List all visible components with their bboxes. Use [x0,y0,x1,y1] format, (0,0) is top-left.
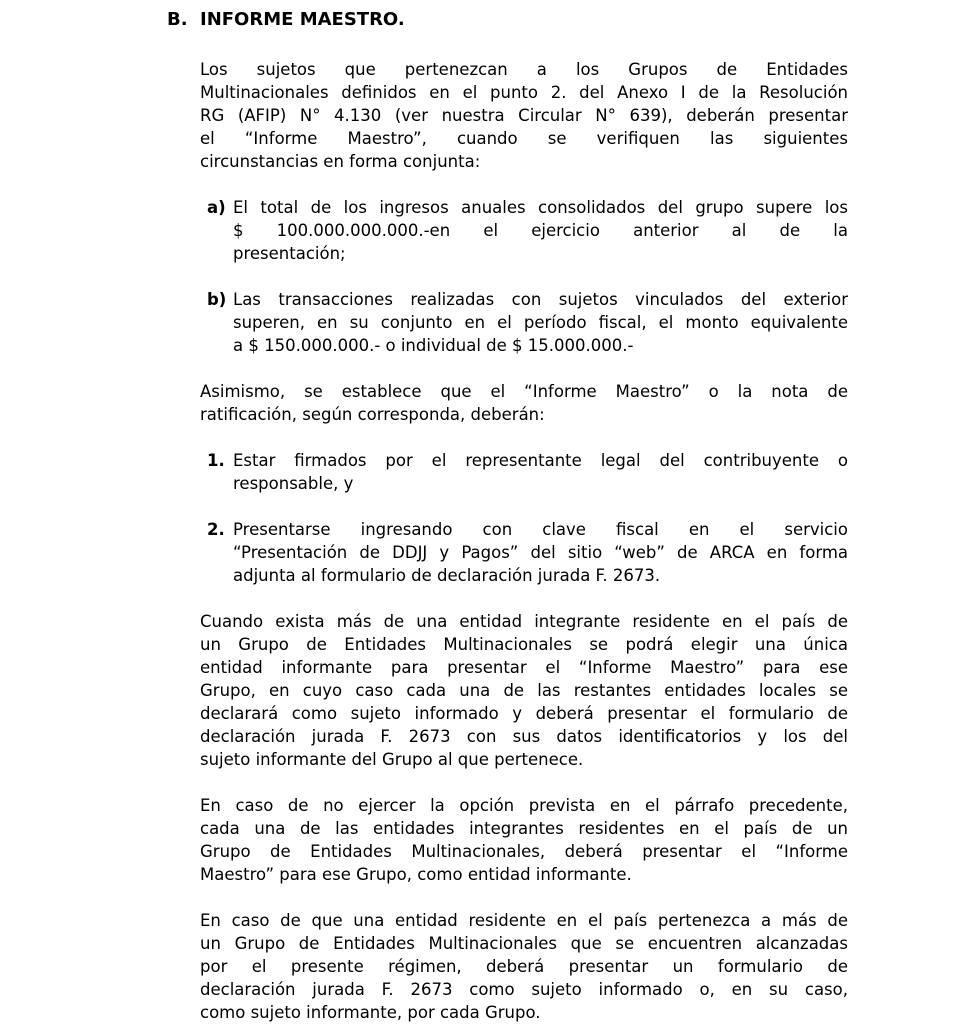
text-line: declarará como sujeto informado y deberá… [200,702,848,725]
text-line: el “Informe Maestro”, cuando se verifiqu… [200,127,848,150]
list-marker: 2. [207,518,233,541]
paragraph: En caso de que una entidad residente en … [200,909,848,1024]
text-line: superen, en su conjunto en el período fi… [233,311,848,334]
text-line: RG (AFIP) N° 4.130 (ver nuestra Circular… [200,104,848,127]
text-line: por el presente régimen, deberá presenta… [200,955,848,978]
text-line: un Grupo de Entidades Multinacionales se… [200,633,848,656]
block-text: En caso de que una entidad residente en … [200,909,848,1024]
block-text: Presentarse ingresando con clave fiscal … [233,518,848,587]
list-item: b)Las transacciones realizadas con sujet… [207,288,848,357]
text-line: presentación; [233,242,848,265]
document-page: B.INFORME MAESTRO. Los sujetos que perte… [0,0,958,1024]
text-line: a $ 150.000.000.- o individual de $ 15.0… [233,334,848,357]
text-line: Presentarse ingresando con clave fiscal … [233,518,848,541]
text-line: responsable, y [233,472,848,495]
text-line: como sujeto informante, por cada Grupo. [200,1001,848,1024]
text-line: En caso de no ejercer la opción prevista… [200,794,848,817]
text-line: Asimismo, se establece que el “Informe M… [200,380,848,403]
text-line: circunstancias en forma conjunta: [200,150,848,173]
text-line: Estar firmados por el representante lega… [233,449,848,472]
text-line: Grupo de Entidades Multinacionales, debe… [200,840,848,863]
paragraph: Cuando exista más de una entidad integra… [200,610,848,771]
block-text: Las transacciones realizadas con sujetos… [233,288,848,357]
text-line: El total de los ingresos anuales consoli… [233,196,848,219]
list-marker: b) [207,288,233,311]
text-line: cada una de las entidades integrantes re… [200,817,848,840]
text-line: $ 100.000.000.000.-en el ejercicio anter… [233,219,848,242]
block-text: El total de los ingresos anuales consoli… [233,196,848,265]
paragraph: Asimismo, se establece que el “Informe M… [200,380,848,426]
list-item: 2.Presentarse ingresando con clave fisca… [207,518,848,587]
document-body: Los sujetos que pertenezcan a los Grupos… [200,58,848,1024]
text-line: sujeto informante del Grupo al que perte… [200,748,848,771]
paragraph: En caso de no ejercer la opción prevista… [200,794,848,886]
text-line: En caso de que una entidad residente en … [200,909,848,932]
list-item: a)El total de los ingresos anuales conso… [207,196,848,265]
text-line: declaración jurada F. 2673 con sus datos… [200,725,848,748]
text-line: Los sujetos que pertenezcan a los Grupos… [200,58,848,81]
text-line: adjunta al formulario de declaración jur… [233,564,848,587]
section-title: INFORME MAESTRO. [200,9,405,30]
list-marker: 1. [207,449,233,472]
text-line: Multinacionales definidos en el punto 2.… [200,81,848,104]
list-item: 1.Estar firmados por el representante le… [207,449,848,495]
block-text: Asimismo, se establece que el “Informe M… [200,380,848,426]
text-line: Maestro” para ese Grupo, como entidad in… [200,863,848,886]
text-line: declaración jurada F. 2673 como sujeto i… [200,978,848,1001]
section-heading: B.INFORME MAESTRO. [167,8,405,31]
block-text: Estar firmados por el representante lega… [233,449,848,495]
text-line: Las transacciones realizadas con sujetos… [233,288,848,311]
block-text: En caso de no ejercer la opción prevista… [200,794,848,886]
text-line: Cuando exista más de una entidad integra… [200,610,848,633]
text-line: entidad informante para presentar el “In… [200,656,848,679]
text-line: un Grupo de Entidades Multinacionales qu… [200,932,848,955]
section-label: B. [167,8,200,31]
list-marker: a) [207,196,233,219]
text-line: ratificación, según corresponda, deberán… [200,403,848,426]
block-text: Los sujetos que pertenezcan a los Grupos… [200,58,848,173]
text-line: “Presentación de DDJJ y Pagos” del sitio… [233,541,848,564]
block-text: Cuando exista más de una entidad integra… [200,610,848,771]
text-line: Grupo, en cuyo caso cada una de las rest… [200,679,848,702]
paragraph: Los sujetos que pertenezcan a los Grupos… [200,58,848,173]
